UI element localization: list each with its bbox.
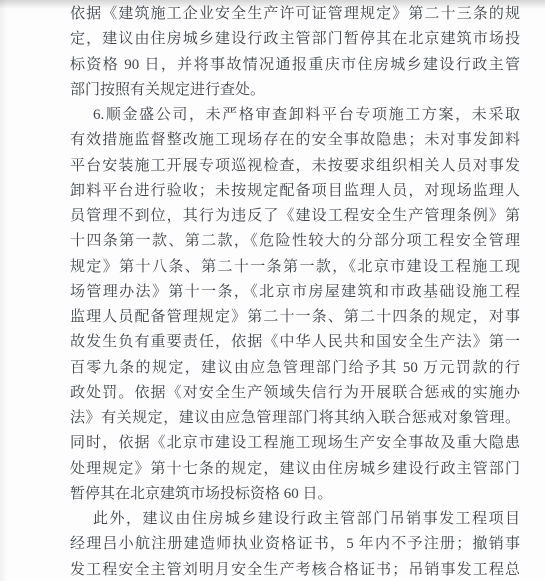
- text-line: 法》有关规定，建议由应急管理部门将其纳入联合惩戒对象管理。: [70, 406, 520, 431]
- text-line: 场管理办法》第十一条，《北京市房屋建筑和市政基础设施工程: [70, 280, 520, 305]
- text-line: 监理人员配备管理规定》第二十一条、第二十四条的规定，对事: [70, 305, 520, 330]
- text-line: 平台安装施工开展专项巡视检查，未按要求组织相关人员对事发: [70, 154, 520, 179]
- text-line: 此外，建议由住房城乡建设行政主管部门吊销事发工程项目: [70, 507, 520, 532]
- text-line: 标资格 90 日，并将事故情况通报重庆市住房城乡建设行政主管: [70, 53, 520, 78]
- text-line: 规定》第十八条、第二十一条第一款，《北京市建设工程施工现: [70, 255, 520, 280]
- document-page: 依据《建筑施工企业安全生产许可证管理规定》第二十三条的规定，建议由住房城乡建设行…: [0, 0, 545, 581]
- text-line: 同时，依据《北京市建设工程施工现场生产安全事故及重大隐患: [70, 431, 520, 456]
- document-text-block: 依据《建筑施工企业安全生产许可证管理规定》第二十三条的规定，建议由住房城乡建设行…: [70, 2, 520, 581]
- text-line: 卸料平台进行验收；未按规定配备项目监理人员，对现场监理人: [70, 179, 520, 204]
- page-left-shade: [0, 0, 7, 581]
- text-line: 6.顺金盛公司，未严格审查卸料平台专项施工方案，未采取: [70, 103, 520, 128]
- text-line: 政处罚。依据《对安全生产领域失信行为开展联合惩戒的实施办: [70, 381, 520, 406]
- text-line: 百零九条的规定，建议由应急管理部门给予其 50 万元罚款的行: [70, 356, 520, 381]
- text-line: 有效措施监督整改施工现场存在的安全事故隐患；未对事发卸料: [70, 128, 520, 153]
- text-line: 经理吕小航注册建造师执业资格证书，5 年内不予注册；撤销事: [70, 532, 520, 557]
- text-line: 暂停其在北京建筑市场投标资格 60 日。: [70, 482, 520, 507]
- text-line: 故发生负有重要责任，依据《中华人民共和国安全生产法》第一: [70, 330, 520, 355]
- text-line: 依据《建筑施工企业安全生产许可证管理规定》第二十三条的规: [70, 2, 520, 27]
- text-line: 处理规定》第十七条的规定，建议由住房城乡建设行政主管部门: [70, 457, 520, 482]
- text-line: 员管理不到位，其行为违反了《建设工程安全生产管理条例》第: [70, 204, 520, 229]
- text-line: 定，建议由住房城乡建设行政主管部门暂停其在北京建筑市场投: [70, 27, 520, 52]
- text-line: 发工程安全主管刘明月安全生产考核合格证书；吊销事发工程总: [70, 558, 520, 581]
- text-line: 十四条第一款、第二款，《危险性较大的分部分项工程安全管理: [70, 229, 520, 254]
- text-line: 部门按照有关规定进行查处。: [70, 78, 520, 103]
